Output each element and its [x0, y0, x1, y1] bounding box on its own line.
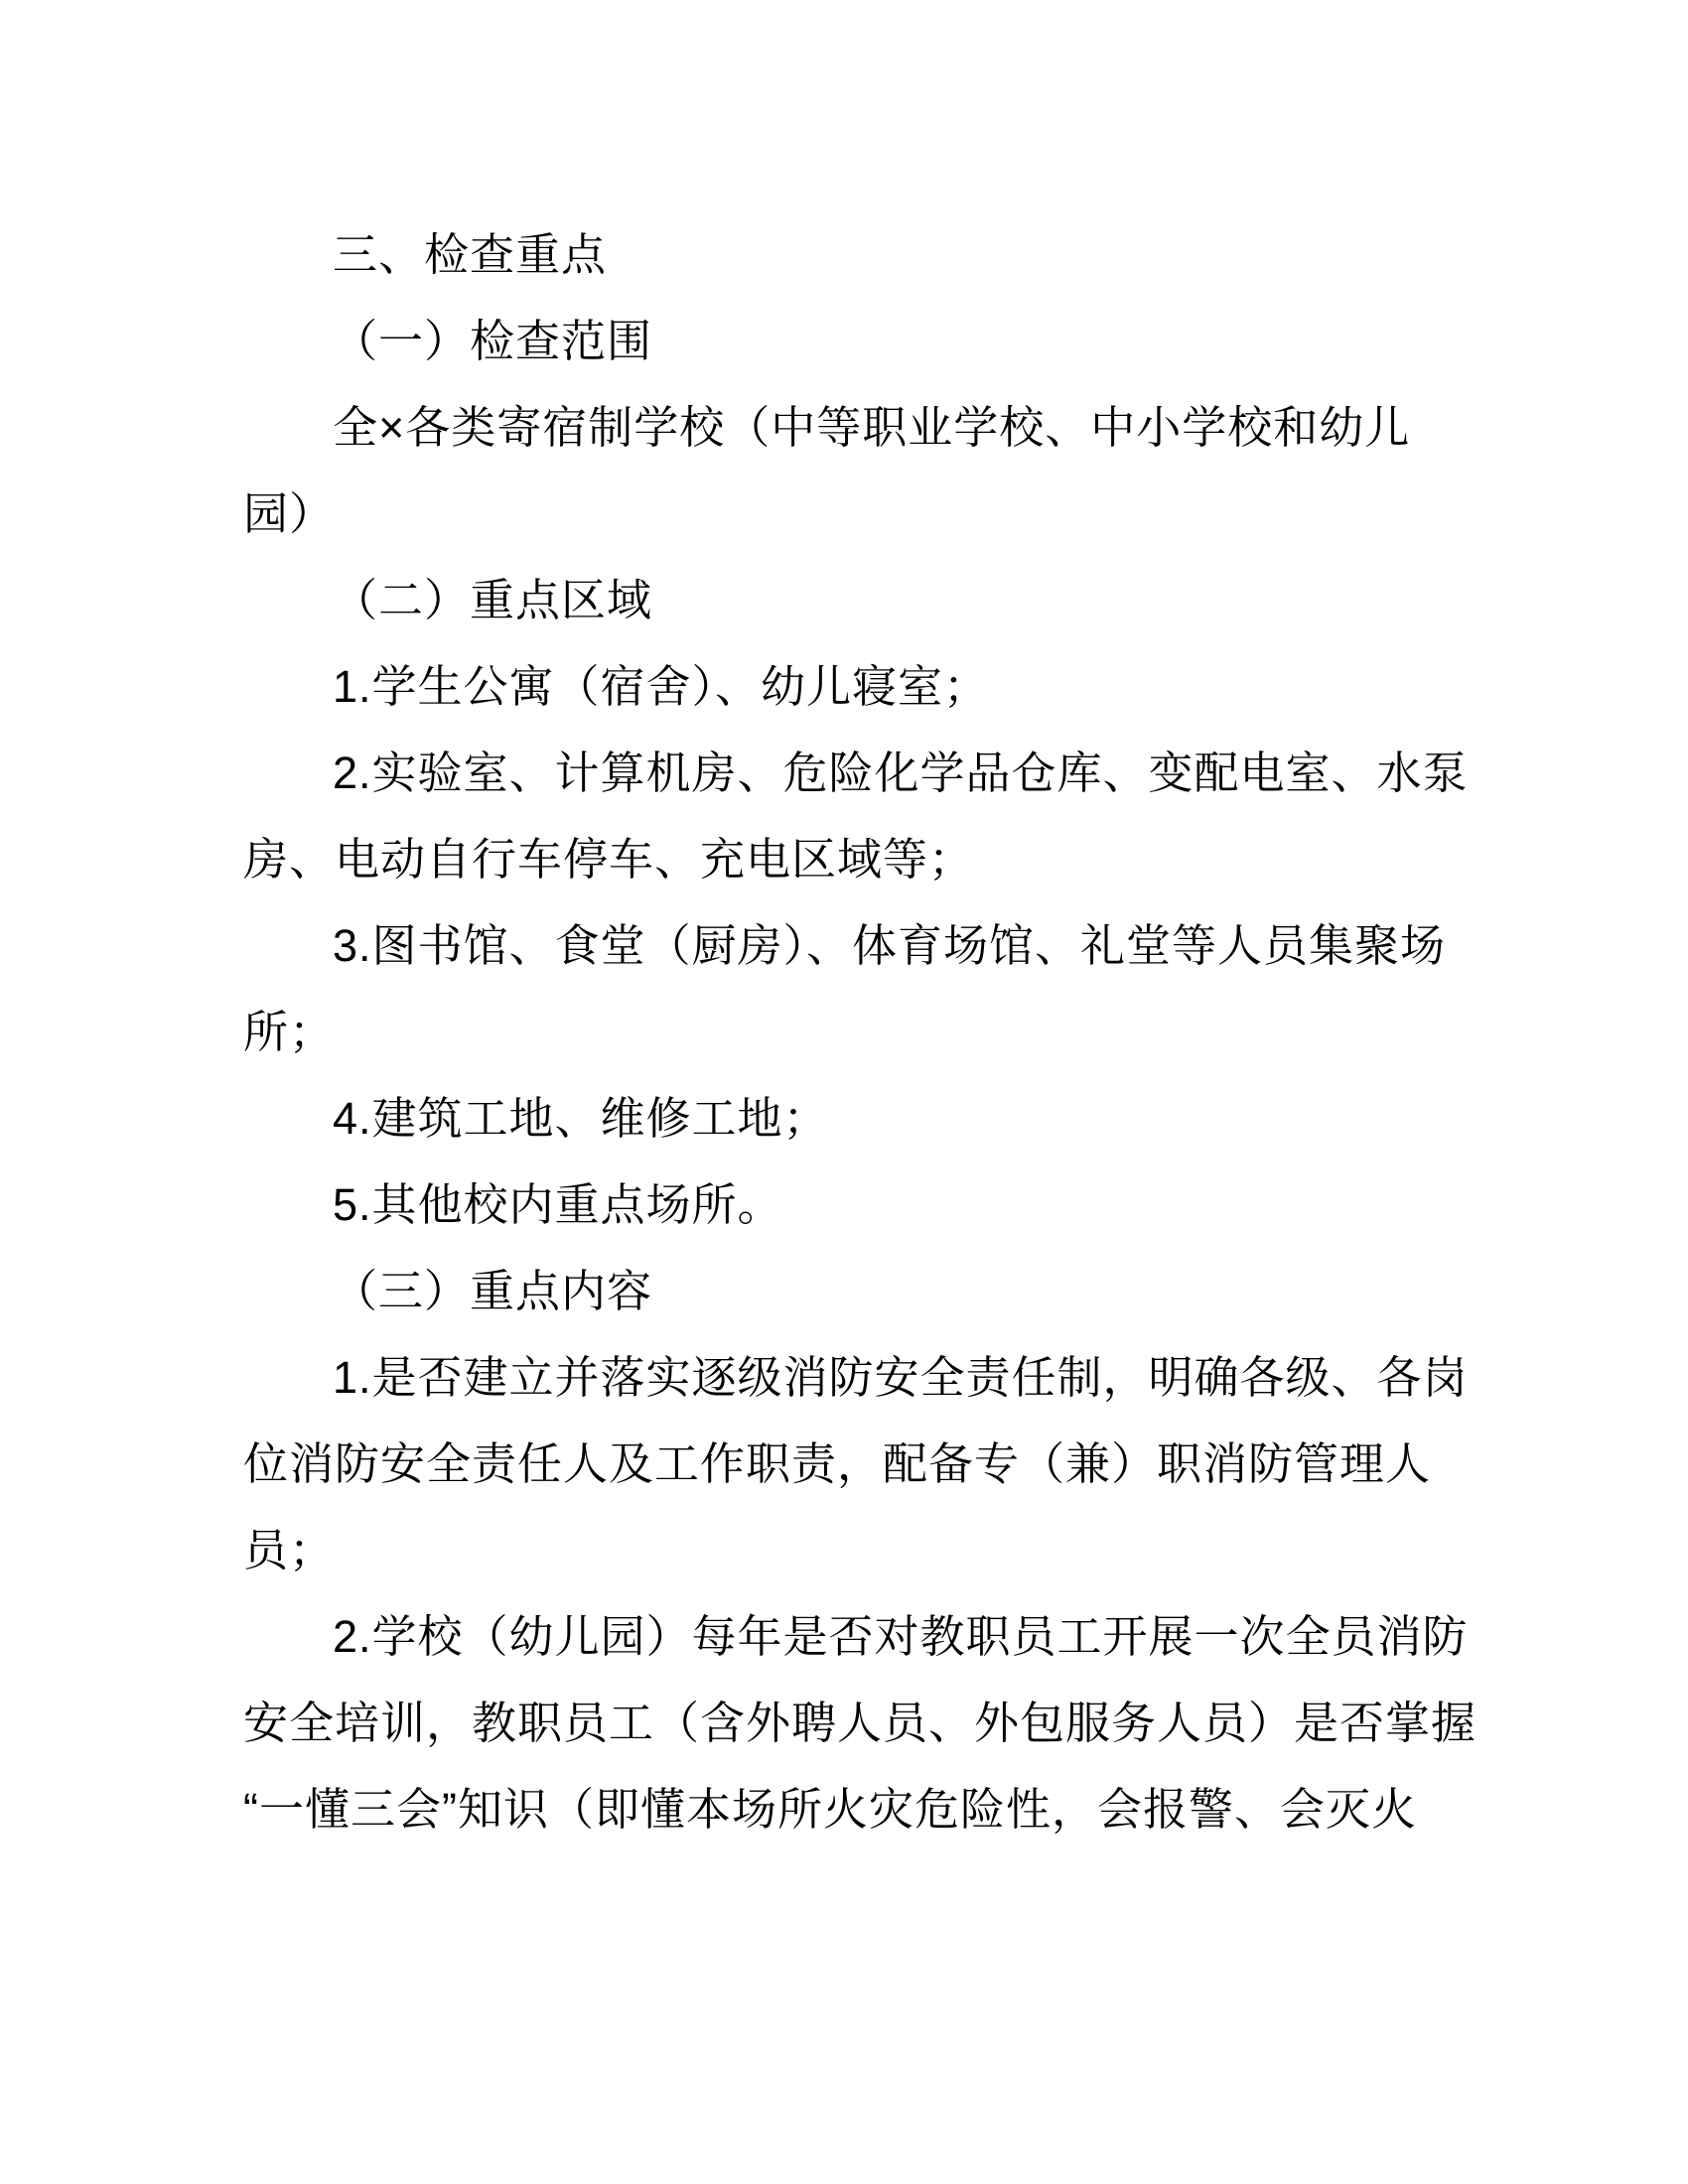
- text-line: （一）检查范围: [243, 298, 1475, 384]
- text-line: （二）重点区域: [243, 557, 1475, 643]
- text-line: 位消防安全责任人及工作职责，配备专（兼）职消防管理人: [243, 1421, 1475, 1507]
- text-line: 园）: [243, 471, 1475, 557]
- paragraph-subsection-heading: （一）检查范围: [243, 298, 1475, 384]
- text-line: 2.学校（幼儿园）每年是否对教职员工开展一次全员消防: [243, 1593, 1475, 1680]
- text-line: 所；: [243, 989, 1475, 1075]
- paragraph-body: 全×各类寄宿制学校（中等职业学校、中小学校和幼儿园）: [243, 384, 1475, 557]
- paragraph-subsection-heading: （二）重点区域: [243, 557, 1475, 643]
- paragraph-subsection-heading: （三）重点内容: [243, 1248, 1475, 1334]
- text-line: 2.实验室、计算机房、危险化学品仓库、变配电室、水泵: [243, 730, 1475, 816]
- paragraph-body: 2.实验室、计算机房、危险化学品仓库、变配电室、水泵房、电动自行车停车、充电区域…: [243, 730, 1475, 902]
- paragraph-section-heading: 三、检查重点: [243, 211, 1475, 298]
- text-line: 4.建筑工地、维修工地；: [243, 1075, 1475, 1161]
- text-line: 员；: [243, 1507, 1475, 1593]
- text-line: 三、检查重点: [243, 211, 1475, 298]
- text-line: 安全培训，教职员工（含外聘人员、外包服务人员）是否掌握: [243, 1680, 1475, 1766]
- document-body: 三、检查重点（一）检查范围全×各类寄宿制学校（中等职业学校、中小学校和幼儿园）（…: [243, 211, 1475, 1852]
- text-line: 3.图书馆、食堂（厨房）、体育场馆、礼堂等人员集聚场: [243, 902, 1475, 989]
- text-line: 1.是否建立并落实逐级消防安全责任制，明确各级、各岗: [243, 1334, 1475, 1421]
- text-line: 1.学生公寓（宿舍）、幼儿寝室；: [243, 643, 1475, 730]
- text-line: （三）重点内容: [243, 1248, 1475, 1334]
- paragraph-body: 2.学校（幼儿园）每年是否对教职员工开展一次全员消防安全培训，教职员工（含外聘人…: [243, 1593, 1475, 1852]
- text-line: 全×各类寄宿制学校（中等职业学校、中小学校和幼儿: [243, 384, 1475, 471]
- text-line: 5.其他校内重点场所。: [243, 1161, 1475, 1248]
- paragraph-body: 1.是否建立并落实逐级消防安全责任制，明确各级、各岗位消防安全责任人及工作职责，…: [243, 1334, 1475, 1593]
- paragraph-body: 4.建筑工地、维修工地；: [243, 1075, 1475, 1161]
- paragraph-body: 3.图书馆、食堂（厨房）、体育场馆、礼堂等人员集聚场所；: [243, 902, 1475, 1075]
- paragraph-body: 1.学生公寓（宿舍）、幼儿寝室；: [243, 643, 1475, 730]
- paragraph-body: 5.其他校内重点场所。: [243, 1161, 1475, 1248]
- document-page: 三、检查重点（一）检查范围全×各类寄宿制学校（中等职业学校、中小学校和幼儿园）（…: [0, 0, 1688, 2184]
- text-line: “一懂三会”知识（即懂本场所火灾危险性，会报警、会灭火: [243, 1766, 1475, 1852]
- text-line: 房、电动自行车停车、充电区域等；: [243, 816, 1475, 902]
